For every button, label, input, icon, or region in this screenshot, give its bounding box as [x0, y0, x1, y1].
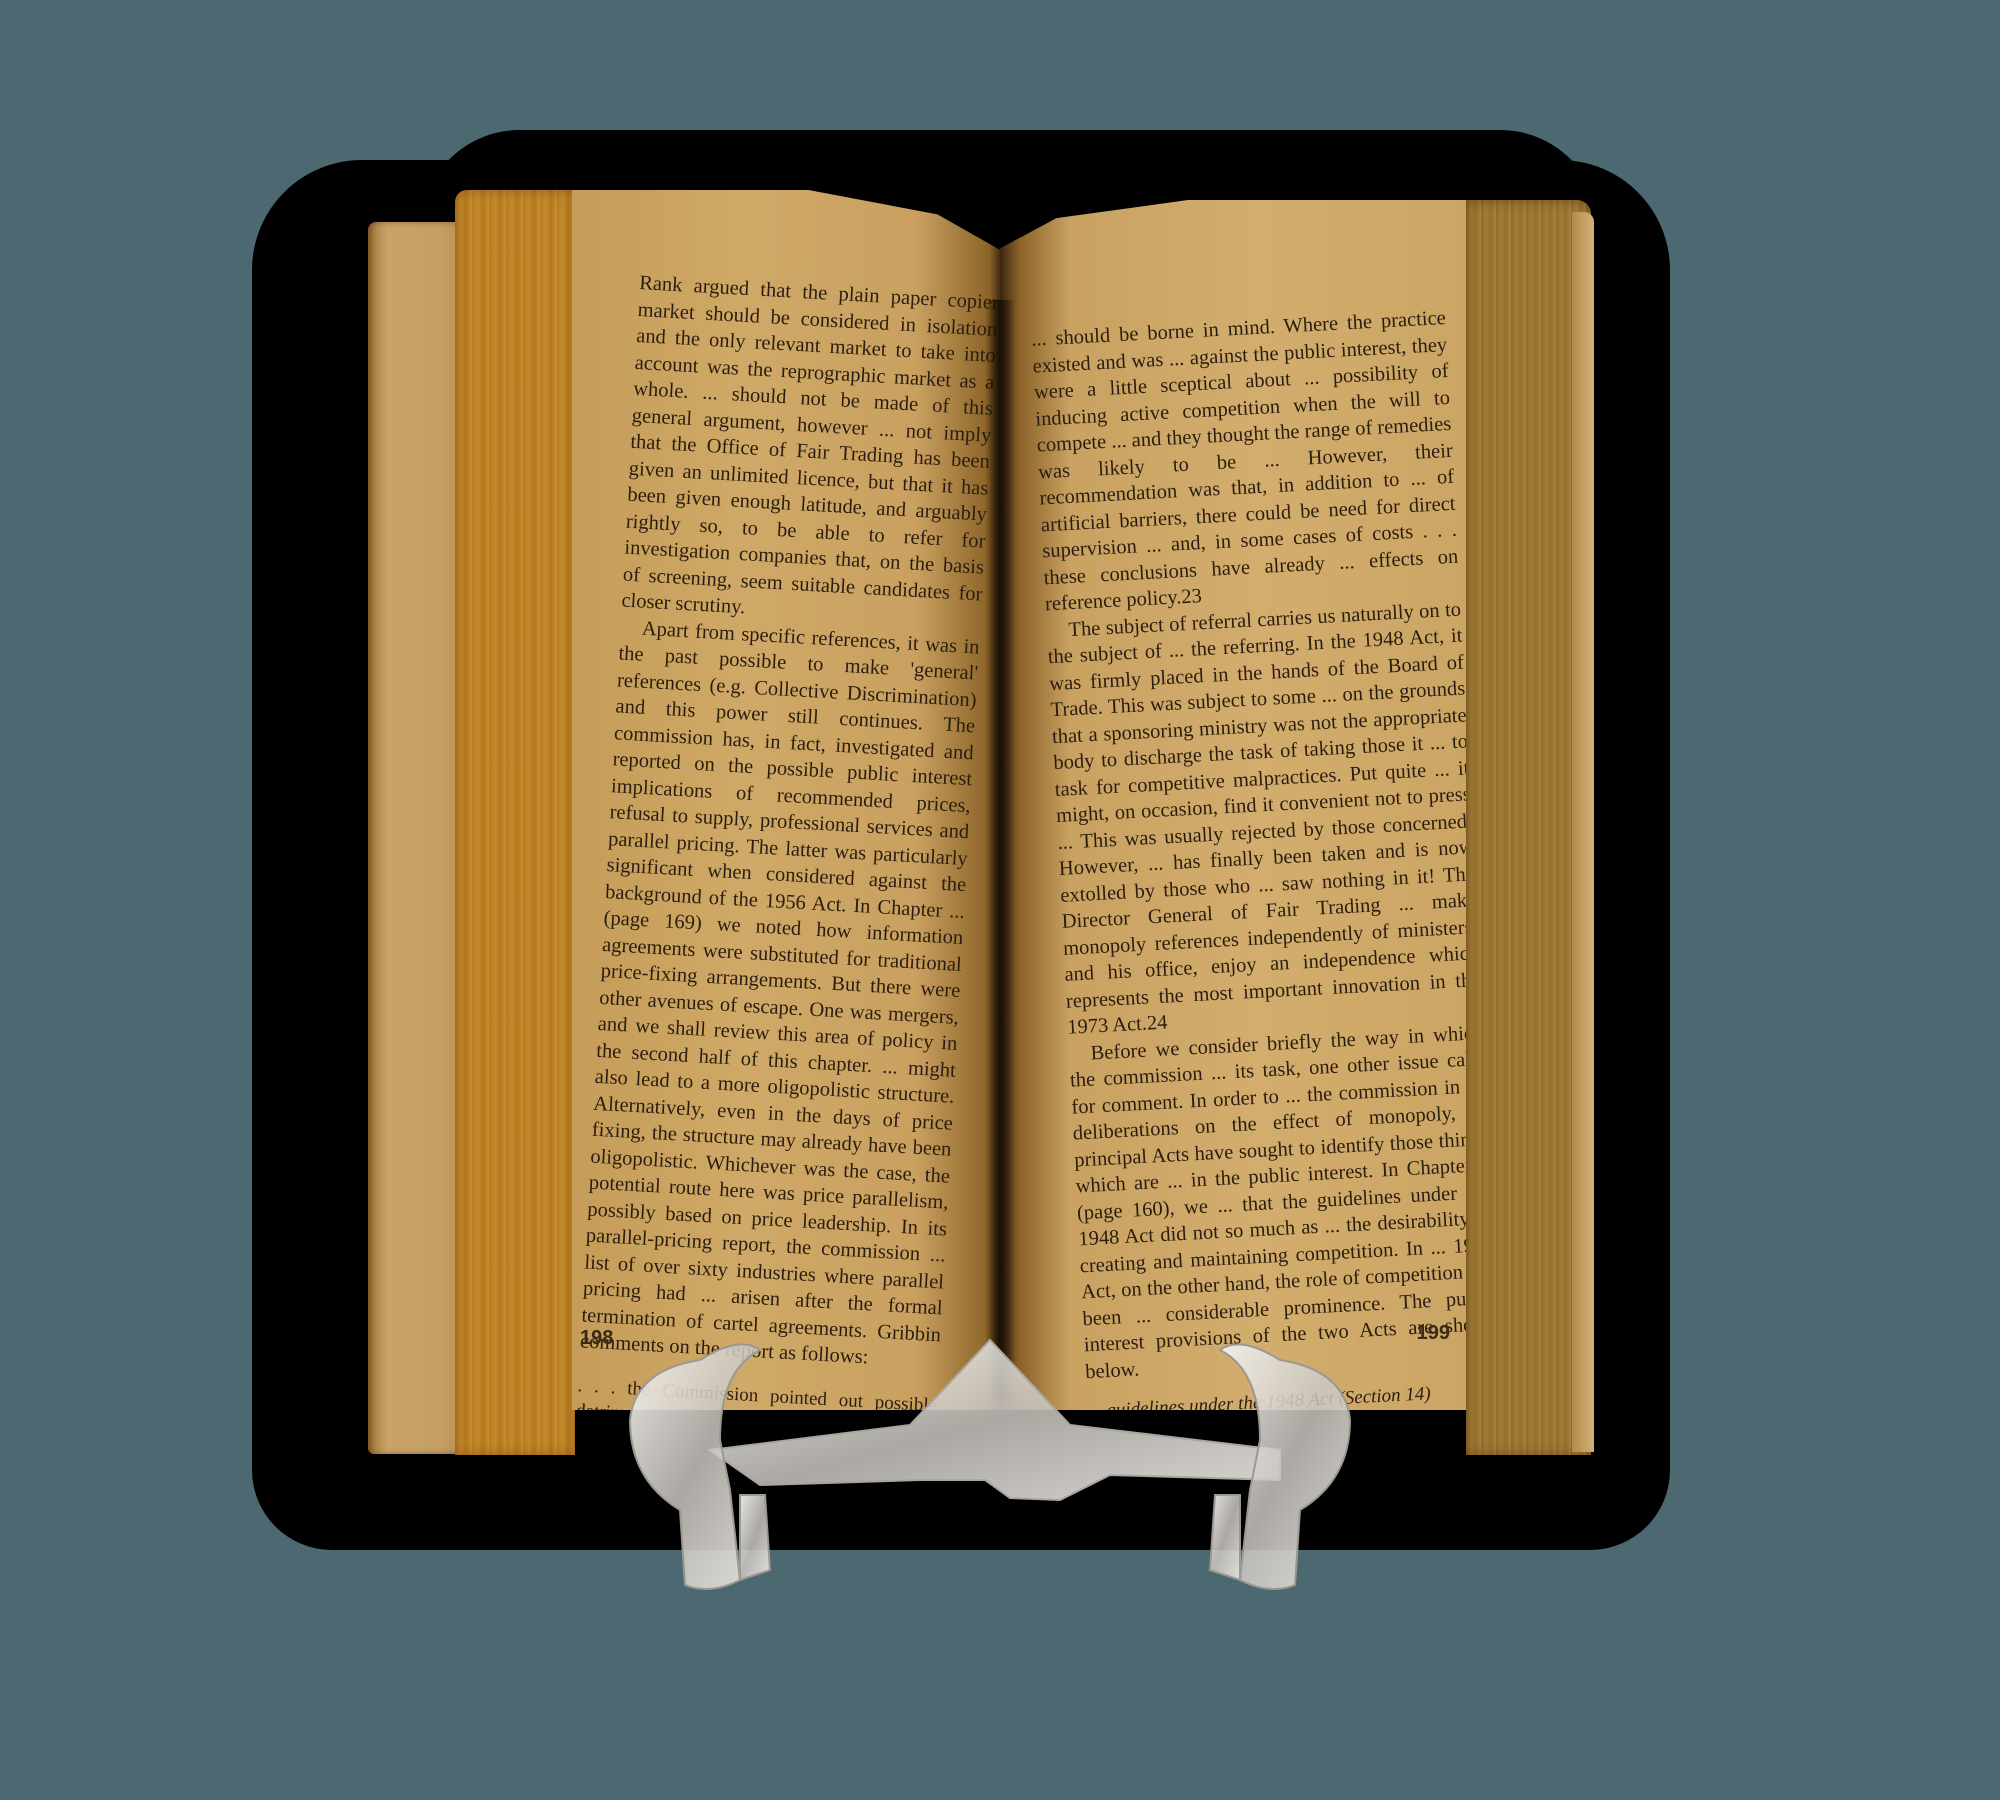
right-page-text: ... should be borne in mind. Where the p…	[1031, 305, 1470, 1410]
left-page-block-edge	[455, 190, 575, 1455]
page-number-right: 199	[1417, 1322, 1450, 1345]
book-front-cover-edge	[1572, 212, 1594, 1452]
right-paragraph-1: ... should be borne in mind. Where the p…	[1031, 305, 1461, 618]
left-paragraph-1: Rank argued that the plain paper copier …	[621, 270, 1000, 634]
acrylic-stand-icon	[590, 1330, 1390, 1620]
right-page: ... should be borne in mind. Where the p…	[1000, 200, 1470, 1410]
left-page-text: Rank argued that the plain paper copier …	[572, 270, 999, 1410]
book-back-cover	[368, 222, 468, 1454]
left-paragraph-2: Apart from specific references, it was i…	[579, 614, 980, 1375]
left-page: Rank argued that the plain paper copier …	[572, 190, 1002, 1410]
book-gutter-shadow	[985, 300, 1015, 1400]
right-paragraph-2: The subject of referral carries us natur…	[1046, 596, 1470, 1041]
